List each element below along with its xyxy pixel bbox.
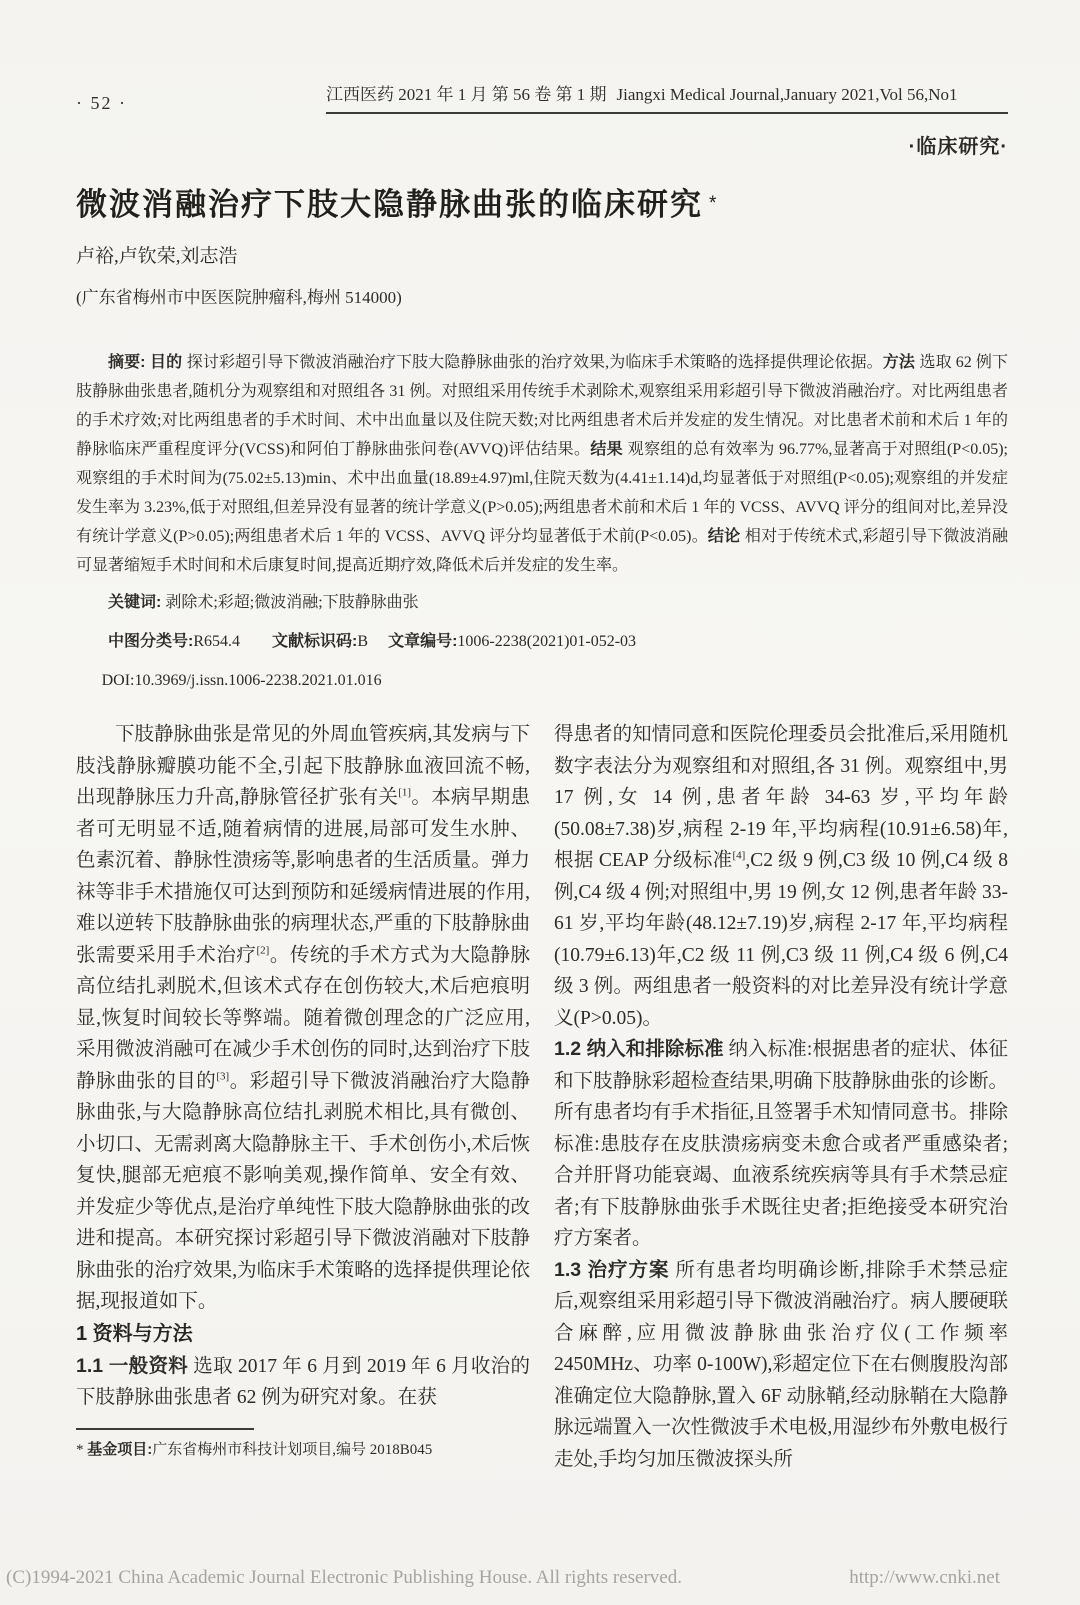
journal-title-cn: 江西医药 2021 年 1 月 第 56 卷 第 1 期	[326, 85, 607, 104]
paragraph-1-2: 1.2 纳入和排除标准 纳入标准:根据患者的症状、体征和下肢静脉彩超检查结果,明…	[554, 1034, 1008, 1255]
paragraph-1-3: 1.3 治疗方案 所有患者均明确诊断,排除手术禁忌症后,观察组采用彩超引导下微波…	[554, 1255, 1008, 1476]
article-title-text: 微波消融治疗下肢大隐静脉曲张的临床研究	[76, 187, 703, 222]
column-section-label: ·临床研究·	[76, 130, 1008, 159]
body-columns: 下肢静脉曲张是常见的外周血管疾病,其发病与下肢浅静脉瓣膜功能不全,引起下肢静脉血…	[76, 719, 1008, 1475]
cnki-url: http://www.cnki.net	[849, 1567, 1000, 1589]
affiliation: (广东省梅州市中医医院肿瘤科,梅州 514000)	[76, 283, 1008, 308]
footnote-divider	[76, 1428, 254, 1430]
section-1-heading: 1 资料与方法	[76, 1318, 530, 1351]
right-column: 得患者的知情同意和医院伦理委员会批准后,采用随机数字表法分为观察组和对照组,各 …	[554, 719, 1008, 1475]
doi-line: DOI:10.3969/j.issn.1006-2238.2021.01.016	[76, 664, 1008, 697]
article-title: 微波消融治疗下肢大隐静脉曲张的临床研究*	[76, 179, 1008, 224]
intro-paragraph: 下肢静脉曲张是常见的外周血管疾病,其发病与下肢浅静脉瓣膜功能不全,引起下肢静脉血…	[76, 719, 530, 1318]
authors: 卢裕,卢钦荣,刘志浩	[76, 241, 1008, 268]
page-header: · 52 · 江西医药 2021 年 1 月 第 56 卷 第 1 期Jiang…	[76, 80, 1008, 114]
page-number: · 52 ·	[76, 93, 326, 114]
paragraph-general-continued: 得患者的知情同意和医院伦理委员会批准后,采用随机数字表法分为观察组和对照组,各 …	[554, 719, 1008, 1034]
journal-title-en: Jiangxi Medical Journal,January 2021,Vol…	[617, 85, 958, 104]
clc-line: 中图分类号:R654.4 文献标识码:B 文章编号:1006-2238(2021…	[76, 625, 1008, 658]
funding-footnote: * 基金项目:广东省梅州市科技计划项目,编号 2018B045	[76, 1438, 530, 1462]
journal-page: · 52 · 江西医药 2021 年 1 月 第 56 卷 第 1 期Jiang…	[0, 0, 1080, 1605]
scan-footer: (C)1994-2021 China Academic Journal Elec…	[0, 1567, 1080, 1589]
journal-masthead: 江西医药 2021 年 1 月 第 56 卷 第 1 期Jiangxi Medi…	[326, 80, 1008, 114]
copyright-text: (C)1994-2021 China Academic Journal Elec…	[6, 1567, 682, 1589]
left-column: 下肢静脉曲张是常见的外周血管疾病,其发病与下肢浅静脉瓣膜功能不全,引起下肢静脉血…	[76, 719, 530, 1475]
paragraph-1-1: 1.1 一般资料 选取 2017 年 6 月到 2019 年 6 月收治的下肢静…	[76, 1351, 530, 1414]
keywords-line: 关键词: 剥除术;彩超;微波消融;下肢静脉曲张	[76, 586, 1008, 619]
funding-note-mark: *	[709, 193, 718, 214]
abstract-paragraph: 摘要: 目的 探讨彩超引导下微波消融治疗下肢大隐静脉曲张的治疗效果,为临床手术策…	[76, 348, 1008, 580]
